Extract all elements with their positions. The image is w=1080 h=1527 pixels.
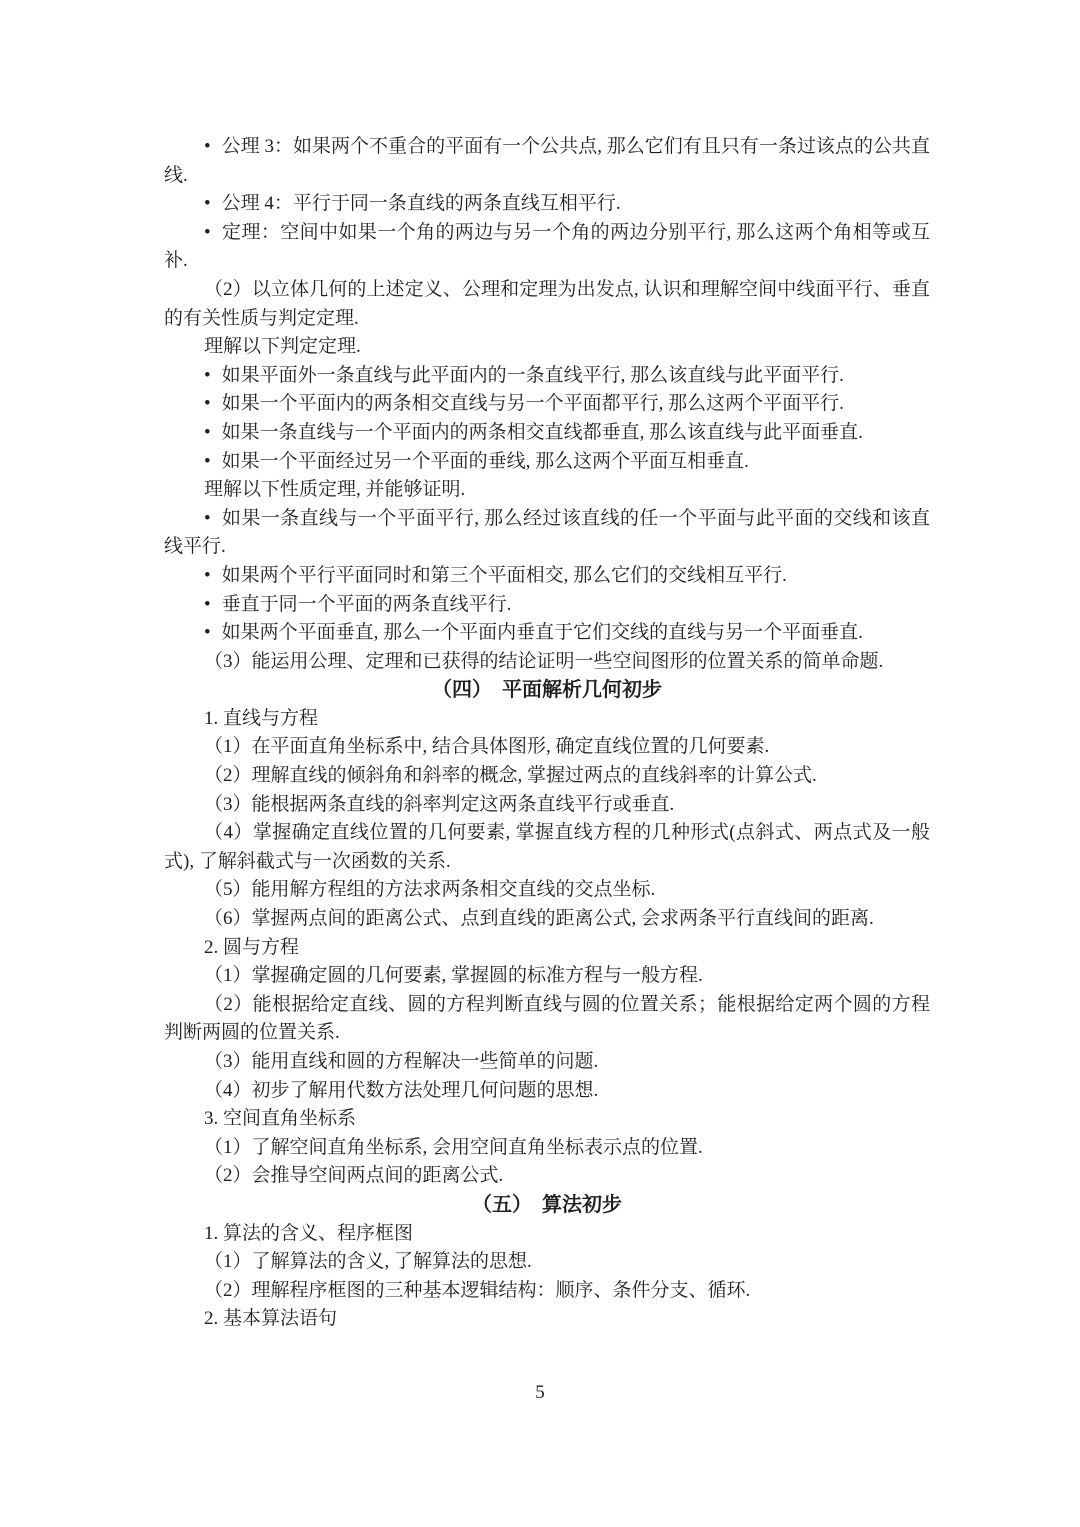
paragraph: 理解以下性质定理, 并能够证明. [164, 476, 930, 505]
paragraph: （2）会推导空间两点间的距离公式. [164, 1162, 930, 1191]
page-number: 5 [0, 1381, 1080, 1405]
document-page: { "page": { "number": "5" }, "colors": {… [0, 0, 1080, 1527]
section-heading: （四） 平面解析几何初步 [164, 676, 930, 705]
paragraph: 1. 算法的含义、程序框图 [164, 1220, 930, 1249]
bullet-text: 如果平面外一条直线与此平面内的一条直线平行, 那么该直线与此平面平行. [222, 365, 844, 386]
paragraph: （5）能用解方程组的方法求两条相交直线的交点坐标. [164, 876, 930, 905]
paragraph: 2. 基本算法语句 [164, 1305, 930, 1334]
paragraph: （6）掌握两点间的距离公式、点到直线的距离公式, 会求两条平行直线间的距离. [164, 905, 930, 934]
paragraph: （2）以立体几何的上述定义、公理和定理为出发点, 认识和理解空间中线面平行、垂直… [164, 276, 930, 333]
bullet-item: •公理 3：如果两个不重合的平面有一个公共点, 那么它们有且只有一条过该点的公共… [164, 133, 930, 190]
paragraph: 3. 空间直角坐标系 [164, 1105, 930, 1134]
bullet-text: 如果一个平面内的两条相交直线与另一个平面都平行, 那么这两个平面平行. [222, 393, 844, 414]
bullet-text: 如果一条直线与一个平面平行, 那么经过该直线的任一个平面与此平面的交线和该直线平… [164, 508, 930, 558]
bullet-item: •如果一个平面内的两条相交直线与另一个平面都平行, 那么这两个平面平行. [164, 390, 930, 419]
bullet-icon: • [204, 508, 211, 529]
bullet-icon: • [204, 193, 211, 214]
bullet-item: •定理：空间中如果一个角的两边与另一个角的两边分别平行, 那么这两个角相等或互补… [164, 219, 930, 276]
paragraph: 理解以下判定定理. [164, 333, 930, 362]
bullet-text: 如果一个平面经过另一个平面的垂线, 那么这两个平面互相垂直. [222, 451, 749, 472]
paragraph: （4）掌握确定直线位置的几何要素, 掌握直线方程的几种形式(点斜式、两点式及一般… [164, 819, 930, 876]
paragraph: （2）能根据给定直线、圆的方程判断直线与圆的位置关系；能根据给定两个圆的方程判断… [164, 991, 930, 1048]
bullet-item: •如果两个平行平面同时和第三个平面相交, 那么它们的交线相互平行. [164, 562, 930, 591]
bullet-text: 定理：空间中如果一个角的两边与另一个角的两边分别平行, 那么这两个角相等或互补. [164, 222, 930, 272]
bullet-icon: • [204, 365, 211, 386]
bullet-icon: • [204, 594, 211, 615]
paragraph: （3）能运用公理、定理和已获得的结论证明一些空间图形的位置关系的简单命题. [164, 648, 930, 677]
bullet-text: 垂直于同一个平面的两条直线平行. [222, 594, 512, 615]
paragraph: （4）初步了解用代数方法处理几何问题的思想. [164, 1077, 930, 1106]
bullet-item: •如果一条直线与一个平面平行, 那么经过该直线的任一个平面与此平面的交线和该直线… [164, 505, 930, 562]
paragraph: （1）了解空间直角坐标系, 会用空间直角坐标表示点的位置. [164, 1134, 930, 1163]
bullet-icon: • [204, 565, 211, 586]
bullet-item: •垂直于同一个平面的两条直线平行. [164, 591, 930, 620]
paragraph: （1）了解算法的含义, 了解算法的思想. [164, 1248, 930, 1277]
section-heading: （五） 算法初步 [164, 1191, 930, 1220]
bullet-text: 公理 4：平行于同一条直线的两条直线互相平行. [222, 193, 621, 214]
paragraph: （3）能根据两条直线的斜率判定这两条直线平行或垂直. [164, 791, 930, 820]
bullet-text: 如果一条直线与一个平面内的两条相交直线都垂直, 那么该直线与此平面垂直. [222, 422, 863, 443]
bullet-item: •如果一个平面经过另一个平面的垂线, 那么这两个平面互相垂直. [164, 448, 930, 477]
paragraph: （2）理解程序框图的三种基本逻辑结构：顺序、条件分支、循环. [164, 1277, 930, 1306]
bullet-text: 公理 3：如果两个不重合的平面有一个公共点, 那么它们有且只有一条过该点的公共直… [164, 136, 930, 186]
bullet-item: •如果平面外一条直线与此平面内的一条直线平行, 那么该直线与此平面平行. [164, 362, 930, 391]
bullet-item: •公理 4：平行于同一条直线的两条直线互相平行. [164, 190, 930, 219]
paragraph: 2. 圆与方程 [164, 934, 930, 963]
bullet-icon: • [204, 393, 211, 414]
bullet-icon: • [204, 222, 211, 243]
paragraph: 1. 直线与方程 [164, 705, 930, 734]
paragraph: （1）掌握确定圆的几何要素, 掌握圆的标准方程与一般方程. [164, 962, 930, 991]
bullet-icon: • [204, 622, 211, 643]
paragraph: （2）理解直线的倾斜角和斜率的概念, 掌握过两点的直线斜率的计算公式. [164, 762, 930, 791]
bullet-icon: • [204, 136, 211, 157]
bullet-icon: • [204, 422, 211, 443]
bullet-item: •如果两个平面垂直, 那么一个平面内垂直于它们交线的直线与另一个平面垂直. [164, 619, 930, 648]
bullet-text: 如果两个平行平面同时和第三个平面相交, 那么它们的交线相互平行. [222, 565, 787, 586]
bullet-item: •如果一条直线与一个平面内的两条相交直线都垂直, 那么该直线与此平面垂直. [164, 419, 930, 448]
paragraph: （3）能用直线和圆的方程解决一些简单的问题. [164, 1048, 930, 1077]
bullet-text: 如果两个平面垂直, 那么一个平面内垂直于它们交线的直线与另一个平面垂直. [222, 622, 863, 643]
paragraph: （1）在平面直角坐标系中, 结合具体图形, 确定直线位置的几何要素. [164, 733, 930, 762]
bullet-icon: • [204, 451, 211, 472]
document-body: •公理 3：如果两个不重合的平面有一个公共点, 那么它们有且只有一条过该点的公共… [164, 133, 930, 1334]
